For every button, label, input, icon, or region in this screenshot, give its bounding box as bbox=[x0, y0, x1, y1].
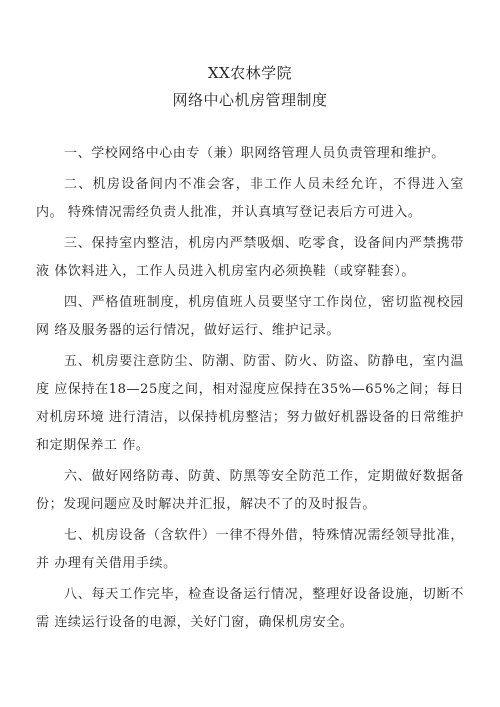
school-name: XX农林学院 bbox=[0, 63, 500, 83]
rule-paragraph-1: 一、学校网络中心由专（兼）职网络管理人员负责管理和维护。 bbox=[36, 140, 464, 168]
rule-paragraph-6: 六、做好网络防毒、防黄、防黑等安全防范工作，定期做好数据备份；发现问题应及时解决… bbox=[36, 463, 464, 519]
document-title: 网络中心机房管理制度 bbox=[0, 90, 500, 110]
rule-paragraph-7: 七、机房设备（含软件）一律不得外借，特殊情况需经领导批准，并 办理有关借用手续。 bbox=[36, 522, 464, 578]
rule-paragraph-2: 二、机房设备间内不准会客，非工作人员未经允许，不得进入室内。 特殊情况需经负责人… bbox=[36, 171, 464, 227]
rule-paragraph-4: 四、严格值班制度，机房值班人员要坚守工作岗位，密切监视校园网 络及服务器的运行情… bbox=[36, 289, 464, 345]
rule-paragraph-5: 五、机房要注意防尘、防潮、防雷、防火、防盗、防静电，室内温度 应保持在18—25… bbox=[36, 348, 464, 460]
rule-paragraph-8: 八、每天工作完毕，检查设备运行情况，整理好设备设施，切断不需 连续运行设备的电源… bbox=[36, 581, 464, 637]
document-page: XX农林学院 网络中心机房管理制度 一、学校网络中心由专（兼）职网络管理人员负责… bbox=[0, 0, 500, 707]
document-body: 一、学校网络中心由专（兼）职网络管理人员负责管理和维护。 二、机房设备间内不准会… bbox=[36, 140, 464, 640]
rule-paragraph-3: 三、保持室内整洁，机房内严禁吸烟、吃零食，设备间内严禁携带液 体饮料进入，工作人… bbox=[36, 230, 464, 286]
